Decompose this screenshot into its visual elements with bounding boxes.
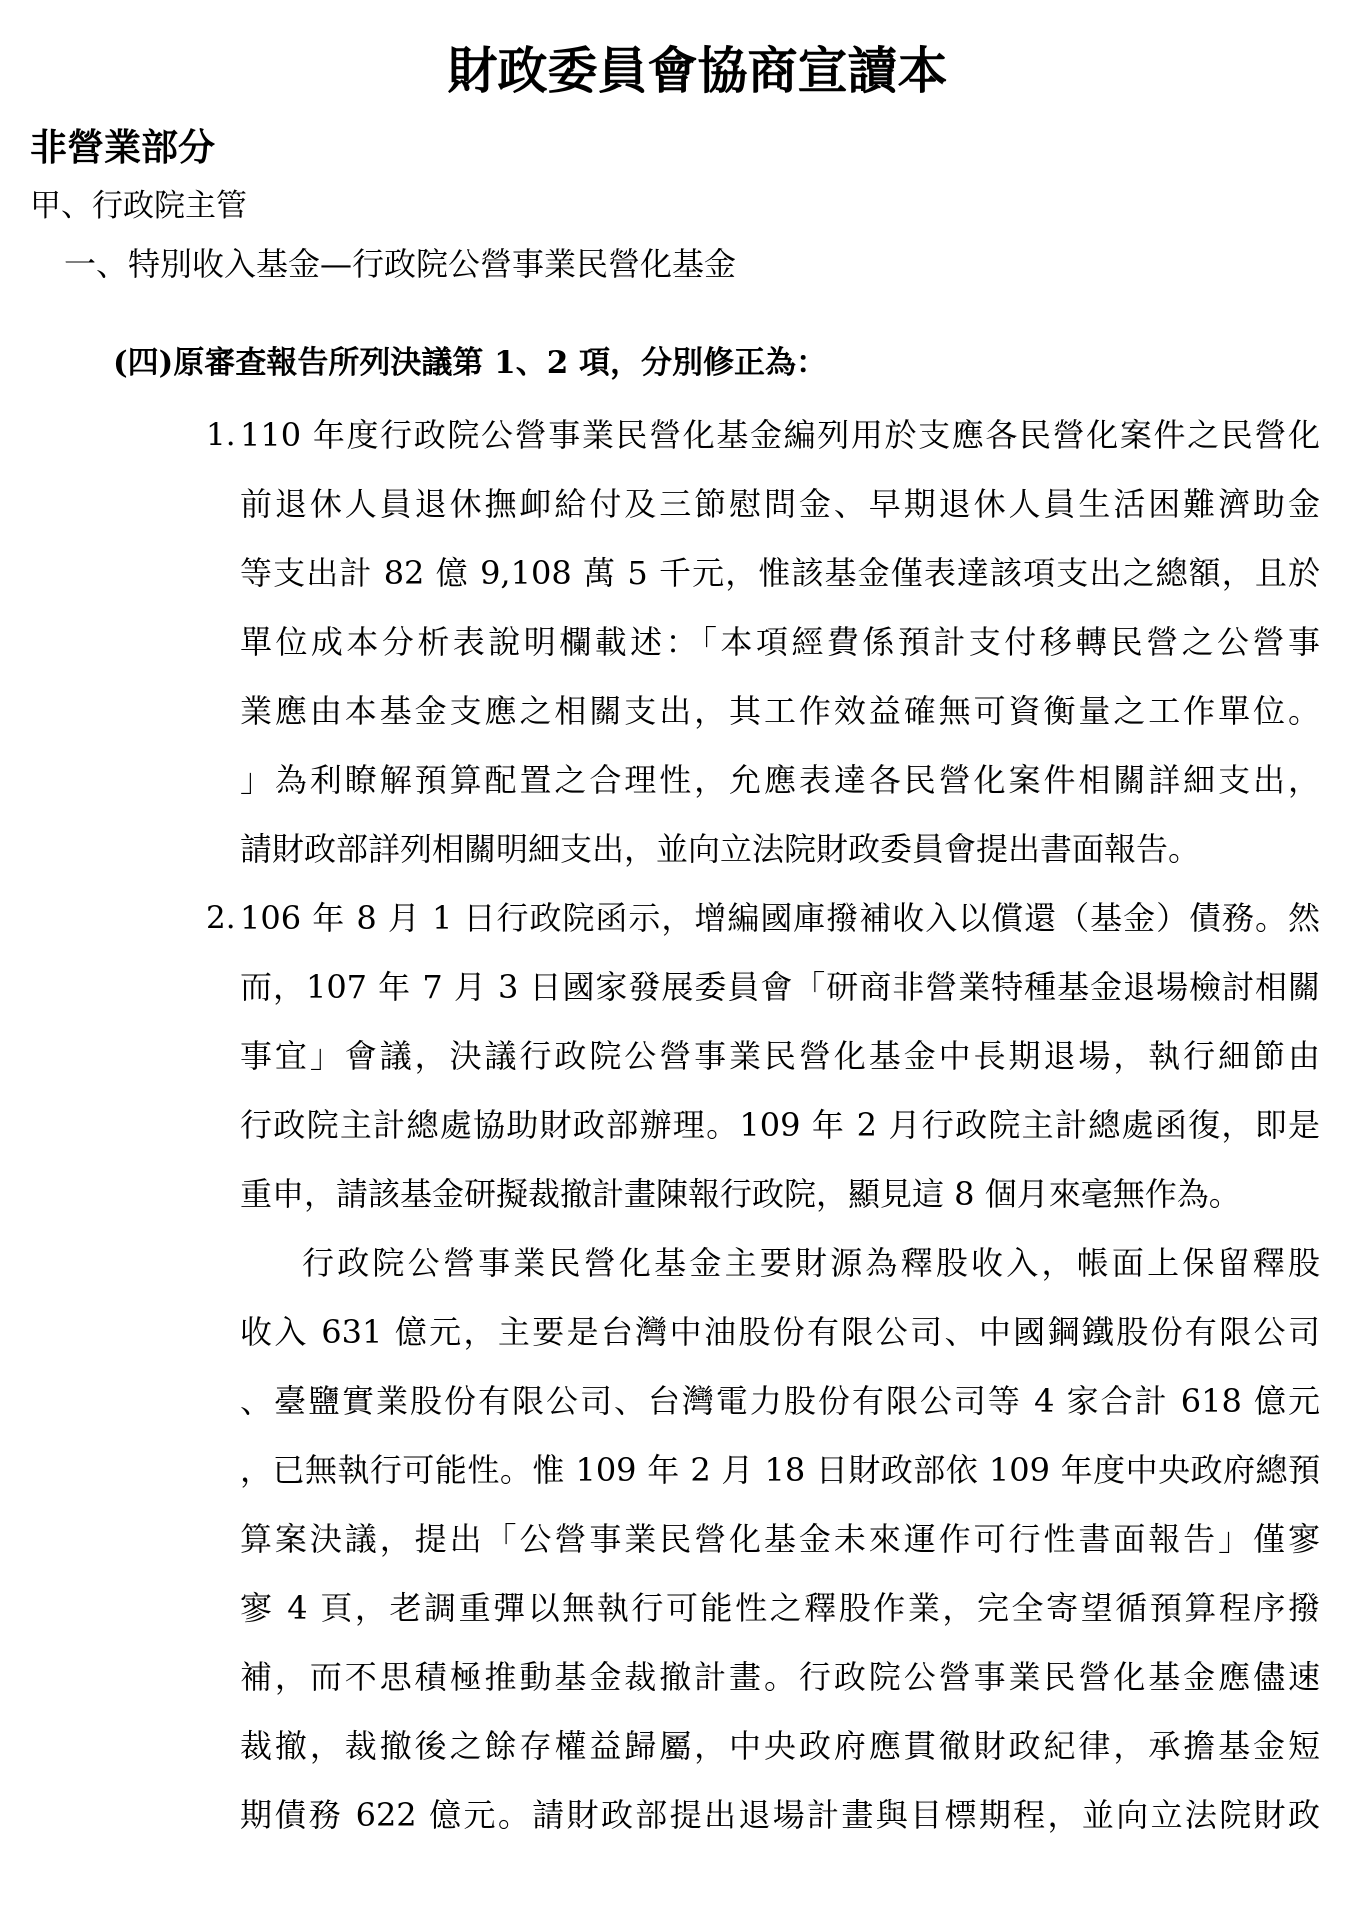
list-number: 2. <box>206 884 236 953</box>
text-line: 行政院主計總處協助財政部辦理。109 年 2 月行政院主計總處函復，即是 <box>240 1091 1320 1160</box>
heading-resolution: (四)原審查報告所列決議第 1、2 項，分別修正為： <box>113 342 1355 384</box>
text-line: 算案決議，提出「公營事業民營化基金未來運作可行性書面報告」僅寥 <box>240 1505 1320 1574</box>
paragraph: 1.110 年度行政院公營事業民營化基金編列用於支應各民營化案件之民營化前退休人… <box>240 401 1320 884</box>
text-line: 補，而不思積極推動基金裁撤計畫。行政院公營事業民營化基金應儘速 <box>240 1643 1320 1712</box>
text-line: 單位成本分析表說明欄載述：「本項經費係預計支付移轉民營之公營事 <box>240 608 1320 677</box>
text-line: 事宜」會議，決議行政院公營事業民營化基金中長期退場，執行細節由 <box>240 1022 1320 1091</box>
text-line: 、臺鹽實業股份有限公司、台灣電力股份有限公司等 4 家合計 618 億元 <box>240 1367 1320 1436</box>
heading-section: 非營業部分 <box>30 124 1355 170</box>
text-line: 寥 4 頁，老調重彈以無執行可能性之釋股作業，完全寄望循預算程序撥 <box>240 1574 1320 1643</box>
list-number: 1. <box>206 401 236 470</box>
paragraph: 2.106 年 8 月 1 日行政院函示，增編國庫撥補收入以償還（基金）債務。然… <box>240 884 1320 1229</box>
body-paragraphs: 1.110 年度行政院公營事業民營化基金編列用於支應各民營化案件之民營化前退休人… <box>240 401 1320 1850</box>
paragraph: 行政院公營事業民營化基金主要財源為釋股收入，帳面上保留釋股收入 631 億元，主… <box>240 1229 1320 1850</box>
text-line: ，已無執行可能性。惟 109 年 2 月 18 日財政部依 109 年度中央政府… <box>240 1436 1320 1505</box>
page-title: 財政委員會協商宣讀本 <box>0 0 1355 100</box>
heading-fund-item: 一、特別收入基金—行政院公營事業民營化基金 <box>64 243 1355 285</box>
text-line: 期債務 622 億元。請財政部提出退場計畫與目標期程，並向立法院財政 <box>240 1781 1320 1850</box>
text-line: 前退休人員退休撫卹給付及三節慰問金、早期退休人員生活困難濟助金 <box>240 470 1320 539</box>
heading-agency: 甲、行政院主管 <box>30 186 1355 226</box>
text-line: 裁撤，裁撤後之餘存權益歸屬，中央政府應貫徹財政紀律，承擔基金短 <box>240 1712 1320 1781</box>
text-line: 而，107 年 7 月 3 日國家發展委員會「研商非營業特種基金退場檢討相關 <box>240 953 1320 1022</box>
text-line: 110 年度行政院公營事業民營化基金編列用於支應各民營化案件之民營化 <box>240 401 1320 470</box>
text-line: 收入 631 億元，主要是台灣中油股份有限公司、中國鋼鐵股份有限公司 <box>240 1298 1320 1367</box>
text-line: 106 年 8 月 1 日行政院函示，增編國庫撥補收入以償還（基金）債務。然 <box>240 884 1320 953</box>
text-line: 重申，請該基金研擬裁撤計畫陳報行政院，顯見這 8 個月來毫無作為。 <box>240 1160 1320 1229</box>
text-line: 請財政部詳列相關明細支出，並向立法院財政委員會提出書面報告。 <box>240 815 1320 884</box>
text-line: 等支出計 82 億 9,108 萬 5 千元，惟該基金僅表達該項支出之總額，且於 <box>240 539 1320 608</box>
text-line: 行政院公營事業民營化基金主要財源為釋股收入，帳面上保留釋股 <box>240 1229 1320 1298</box>
text-line: 業應由本基金支應之相關支出，其工作效益確無可資衡量之工作單位。 <box>240 677 1320 746</box>
text-line: 」為利瞭解預算配置之合理性，允應表達各民營化案件相關詳細支出， <box>240 746 1320 815</box>
